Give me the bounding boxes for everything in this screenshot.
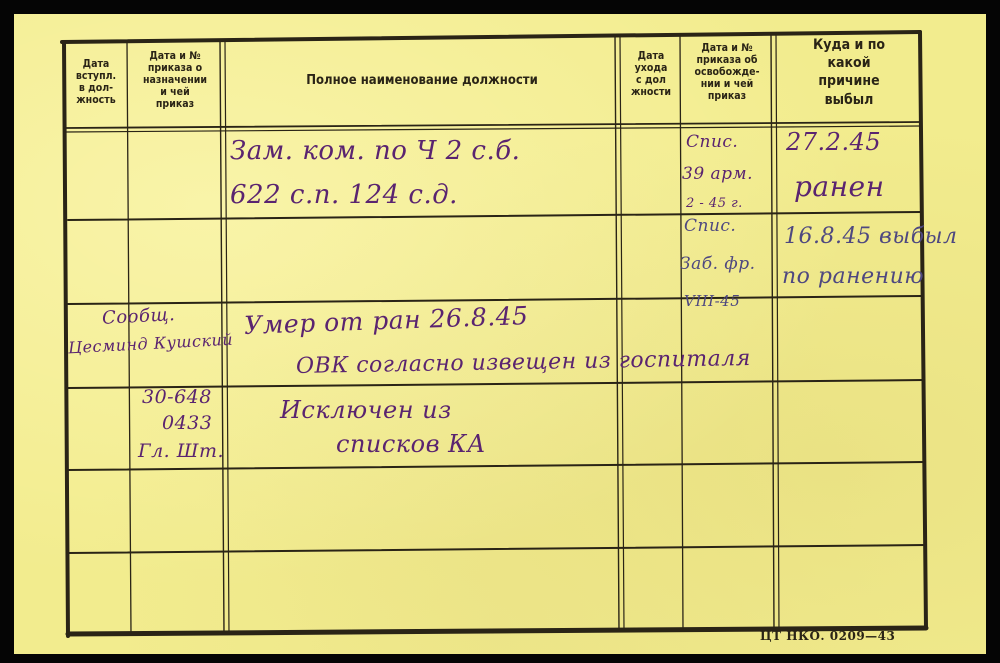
entry2-reason-line2: по ранению [782,264,924,289]
entry3-order-appoint-line1: Сообщ. [102,304,176,329]
entry1-position-line2: 622 с.п. 124 с.д. [230,180,458,210]
entry4-order-appoint-line1: 30-648 [142,386,212,408]
entry1-reason-text: ранен [794,170,885,203]
entry4-position-line1: Исключен из [280,396,452,424]
entry4-position-line2: списков КА [336,430,486,458]
form-print-code: ЦТ НКО. 0209—43 [760,629,895,643]
entry4-order-appoint-line2: 0433 [162,412,212,434]
entry2-order-release-line2: Заб. фр. [680,254,756,274]
entry4-order-appoint-line3: Гл. Шт. [138,440,224,462]
entry2-order-release-line1: Спис. [684,216,736,236]
header-order-appoint: Дата и № приказа о назначении и чей прик… [128,50,222,110]
entry1-order-release-line3: 2 - 45 г. [686,196,743,211]
entry1-order-release-line1: Спис. [686,132,738,152]
header-order-release: Дата и № приказа об освобожде- нии и чей… [680,42,774,102]
header-reason: Куда и по какой причине выбыл [778,36,920,109]
entry2-order-release-line3: VIII-45 [684,292,740,310]
entry2-reason-line1: 16.8.45 выбыл [784,224,958,249]
header-position-title: Полное наименование должности [228,74,616,89]
entry1-order-release-line2: 39 арм. [682,164,753,184]
entry1-position-line1: Зам. ком. по Ч 2 с.б. [230,136,520,166]
header-date-leave: Дата ухода с дол жности [620,50,682,98]
entry1-reason-date: 27.2.45 [786,128,881,156]
header-date-start: Дата вступл. в дол- жность [66,58,126,106]
